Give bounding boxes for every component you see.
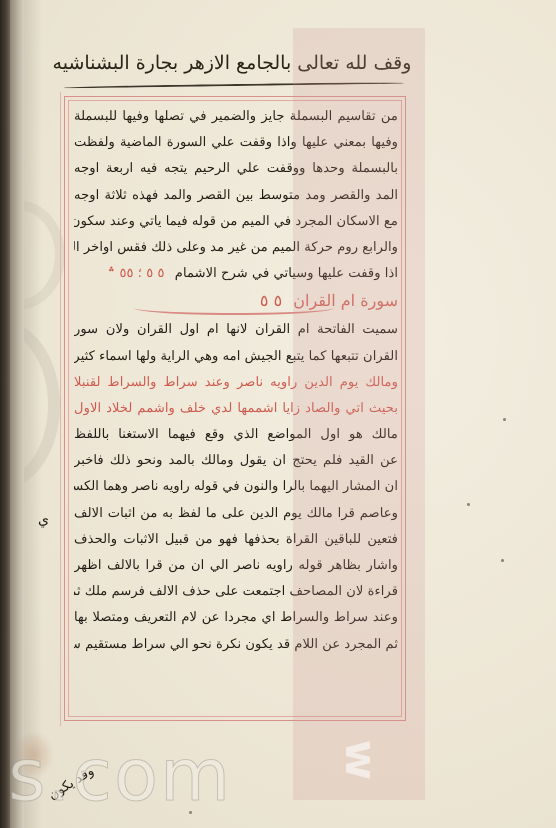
- rubric-verse-line: ومالك يوم الدين راويه ناصر وعند سراط وال…: [74, 370, 398, 396]
- text-line: ان المشار اليهما بالرا والنون في قوله را…: [74, 474, 398, 500]
- text-block: من تقاسيم البسملة جايز والضمير في تصلها …: [74, 104, 398, 658]
- paper-speck: [467, 503, 470, 506]
- title-swash: [134, 301, 334, 315]
- frame-rule: [60, 92, 61, 726]
- watermark-letter: w: [335, 720, 385, 800]
- text-line-content: اذا وقفت عليها وسياتي في شرح الاشمام: [175, 266, 398, 281]
- margin-mark: ي: [38, 512, 49, 528]
- text-line: سميت الفاتحة ام القران لانها ام اول القر…: [74, 317, 398, 343]
- paper-speck: [503, 418, 506, 421]
- text-line: بالبسملة وحدها ووقفت علي الرحيم يتجه فيه…: [74, 156, 398, 182]
- text-line: ثم المجرد عن اللام قد يكون نكرة نحو الي …: [74, 632, 398, 658]
- text-line: وفيها بمعني عليها واذا وقفت علي السورة ا…: [74, 130, 398, 156]
- text-line: والرابع روم حركة الميم من غير مد وعلى ذل…: [74, 235, 398, 261]
- text-line: من تقاسيم البسملة جايز والضمير في تصلها …: [74, 104, 398, 130]
- text-line: مع الاسكان المجرد في الميم من قوله فيما …: [74, 209, 398, 235]
- text-line: فتعين للباقين القراة بحذفها فهو من قبيل …: [74, 527, 398, 553]
- text-line: واشار بظاهر قوله راويه ناصر الي ان من قر…: [74, 553, 398, 579]
- text-line: المد والقصر ومد متوسط بين القصر والمد فه…: [74, 183, 398, 209]
- rubric-verse-line: بحيث اتي والصاد زايا اشممها لدي خلف واشم…: [74, 396, 398, 422]
- text-line: وعاصم قرا مالك يوم الدين على ما لفظ به م…: [74, 501, 398, 527]
- text-line: القران تتبعها كما يتبع الجيش امه وهي الر…: [74, 344, 398, 370]
- text-line: عن القيد فلم يحتج ان يقول ومالك بالمد ون…: [74, 448, 398, 474]
- paper-speck: [501, 559, 504, 562]
- text-line: مالك هو اول المواضع الذي وقع فيهما الاست…: [74, 422, 398, 448]
- binding-shadow: [10, 0, 24, 828]
- text-line: قراءة لان المصاحف اجتمعت على حذف الالف ف…: [74, 579, 398, 605]
- verse-end-ornaments: ٥ ٥ ؛ ٥٥ ؞: [108, 266, 165, 281]
- text-line-with-ornaments: اذا وقفت عليها وسياتي في شرح الاشمام ٥ ٥…: [74, 261, 398, 287]
- waqf-heading: وقف لله تعالى بالجامع الازهر بجارة البشن…: [52, 44, 412, 84]
- watermark-text: s.com: [8, 735, 232, 815]
- binding-shadow-soft: [24, 0, 42, 828]
- text-line: وعند سراط والسراط اي مجردا عن لام التعري…: [74, 605, 398, 631]
- surah-title: سورة ام القران ٥ ٥: [74, 287, 398, 317]
- manuscript-page: وقف لله تعالى بالجامع الازهر بجارة البشن…: [0, 0, 556, 828]
- binding-gutter: [0, 0, 10, 828]
